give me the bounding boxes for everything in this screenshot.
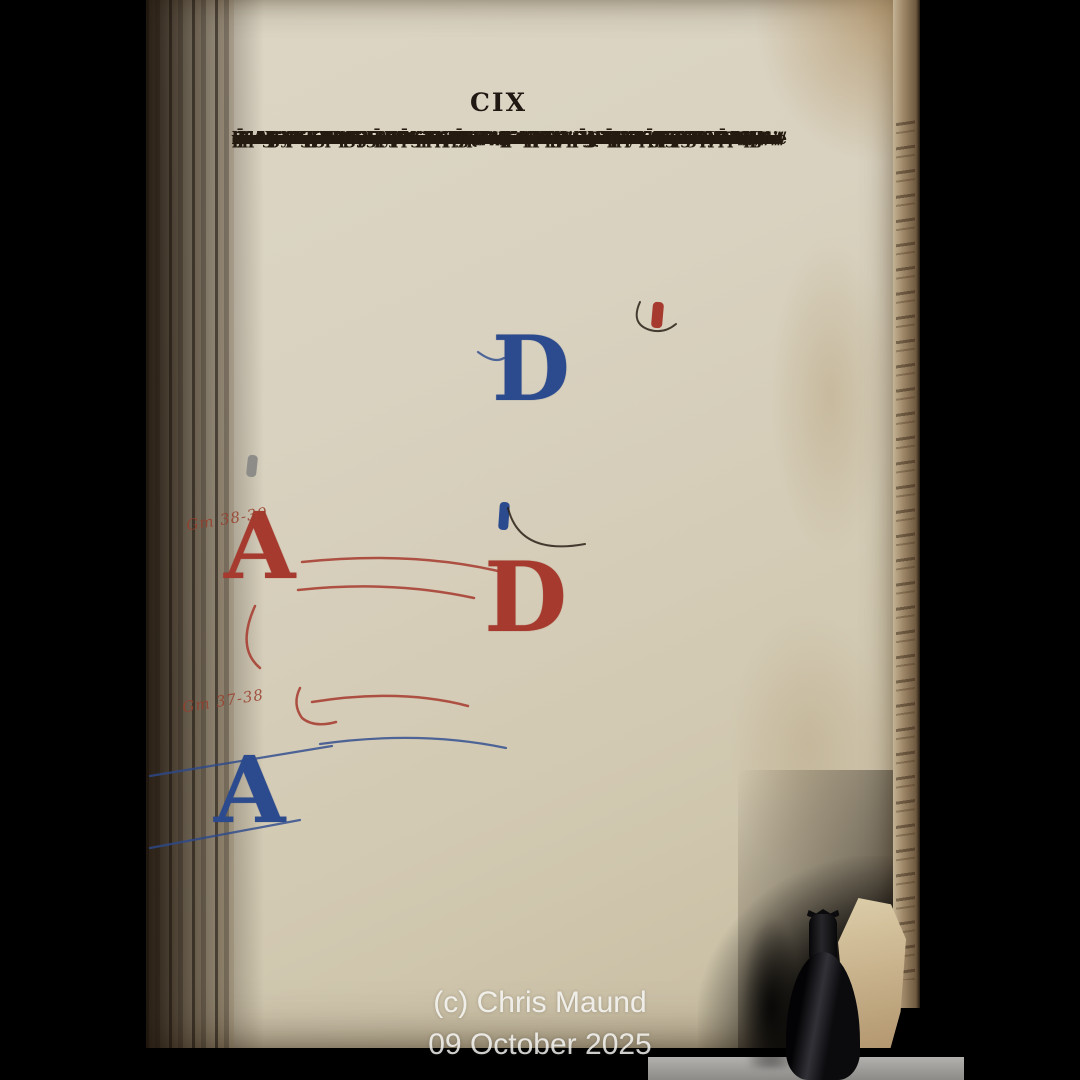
- photograph-of-incunabulum-page: CIX ad hodiernū diē: vt indulgentiā quā …: [0, 0, 1080, 1080]
- pen-flourishes: [0, 0, 1080, 1080]
- watermark-credit: (c) Chris Maund: [0, 986, 1080, 1020]
- watermark-date: 09 October 2025: [0, 1028, 1080, 1062]
